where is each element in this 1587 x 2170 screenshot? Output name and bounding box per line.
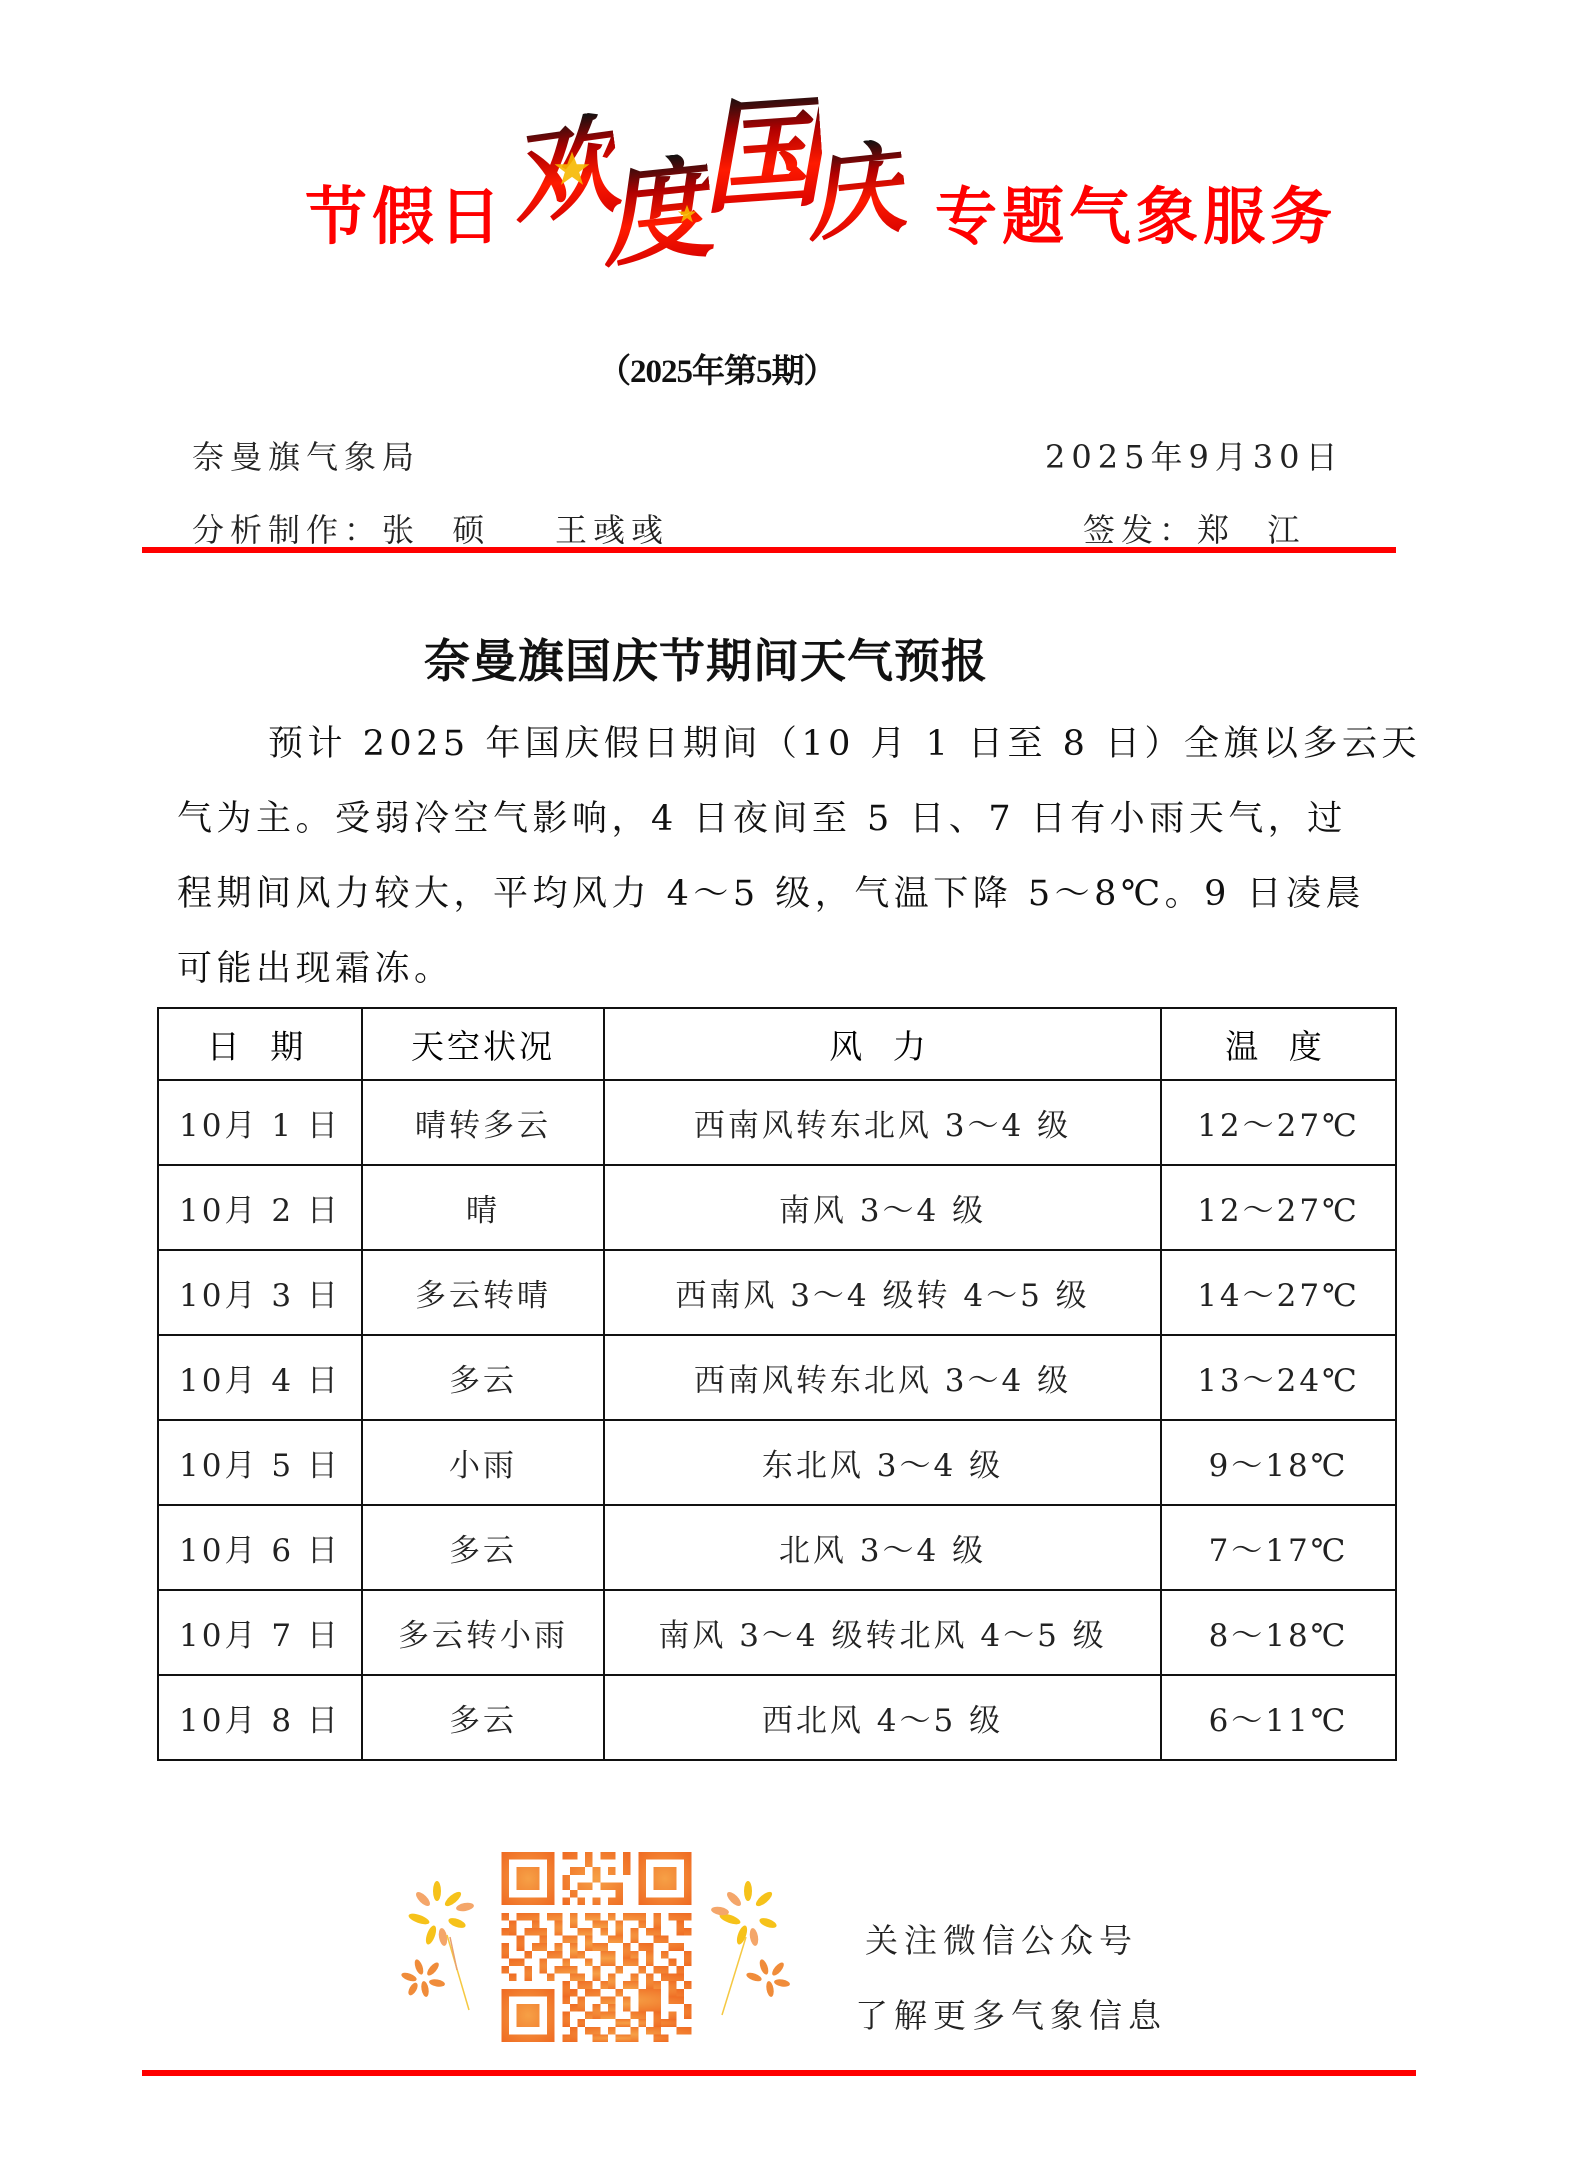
cell-date: 10月 1 日: [158, 1080, 362, 1165]
summary-line-2: 气为主。受弱冷空气影响，4 日夜间至 5 日、7 日有小雨天气，过: [177, 791, 1347, 841]
fireworks-right-icon: [700, 1875, 800, 2025]
cell-temp: 9～18℃: [1161, 1420, 1396, 1505]
cell-sky: 多云转小雨: [362, 1590, 604, 1675]
cell-wind: 西南风转东北风 3～4 级: [604, 1080, 1161, 1165]
cell-date: 10月 7 日: [158, 1590, 362, 1675]
forecast-table: 日 期 天空状况 风 力 温 度 10月 1 日 晴转多云 西南风转东北风 3～…: [157, 1007, 1397, 1761]
authors-label: 分析制作：: [192, 511, 382, 549]
header-sky: 天空状况: [362, 1008, 604, 1080]
bureau-name: 奈曼旗气象局: [192, 432, 420, 478]
table-row: 10月 4 日 多云 西南风转东北风 3～4 级 13～24℃: [158, 1335, 1396, 1420]
cell-date: 10月 3 日: [158, 1250, 362, 1335]
cell-wind: 北风 3～4 级: [604, 1505, 1161, 1590]
wechat-qr-code-icon[interactable]: [500, 1852, 693, 2042]
cell-temp: 12～27℃: [1161, 1165, 1396, 1250]
cell-wind: 西南风 3～4 级转 4～5 级: [604, 1250, 1161, 1335]
header-wind: 风 力: [604, 1008, 1161, 1080]
star-icon: [553, 150, 591, 188]
summary-line-1: 预计 2025 年国庆假日期间（10 月 1 日至 8 日）全旗以多云天: [268, 716, 1421, 766]
cell-date: 10月 6 日: [158, 1505, 362, 1590]
fireworks-left-icon: [395, 1875, 495, 2025]
issuer-name: 郑 江: [1197, 511, 1305, 549]
cell-sky: 多云转晴: [362, 1250, 604, 1335]
issue-number: （2025年第5期）: [598, 345, 836, 392]
cell-sky: 晴转多云: [362, 1080, 604, 1165]
header-date: 日 期: [158, 1008, 362, 1080]
calligraphy-char-4: 庆: [800, 137, 910, 247]
cell-temp: 6～11℃: [1161, 1675, 1396, 1760]
cell-wind: 西南风转东北风 3～4 级: [604, 1335, 1161, 1420]
cell-sky: 晴: [362, 1165, 604, 1250]
cell-wind: 南风 3～4 级: [604, 1165, 1161, 1250]
authors-names: 张 硕 王彧彧: [382, 511, 669, 549]
masthead-left-text: 节假日: [305, 186, 506, 248]
authors: 分析制作：张 硕 王彧彧: [192, 505, 669, 551]
cell-temp: 8～18℃: [1161, 1590, 1396, 1675]
table-row: 10月 1 日 晴转多云 西南风转东北风 3～4 级 12～27℃: [158, 1080, 1396, 1165]
cell-temp: 14～27℃: [1161, 1250, 1396, 1335]
more-info-text: 了解更多气象信息: [855, 1990, 1167, 2037]
cell-date: 10月 8 日: [158, 1675, 362, 1760]
table-row: 10月 8 日 多云 西北风 4～5 级 6～11℃: [158, 1675, 1396, 1760]
cell-wind: 南风 3～4 级转北风 4～5 级: [604, 1590, 1161, 1675]
calligraphy-title: 欢 度 国 庆: [505, 92, 905, 292]
cell-temp: 13～24℃: [1161, 1335, 1396, 1420]
cell-sky: 多云: [362, 1675, 604, 1760]
issuer-label: 签发：: [1083, 511, 1197, 549]
table-row: 10月 5 日 小雨 东北风 3～4 级 9～18℃: [158, 1420, 1396, 1505]
cell-sky: 多云: [362, 1335, 604, 1420]
issue-date: 2025年9月30日: [1045, 432, 1344, 478]
cell-temp: 12～27℃: [1161, 1080, 1396, 1165]
cell-date: 10月 4 日: [158, 1335, 362, 1420]
document-title: 奈曼旗国庆节期间天气预报: [424, 625, 988, 691]
table-row: 10月 6 日 多云 北风 3～4 级 7～17℃: [158, 1505, 1396, 1590]
cell-wind: 东北风 3～4 级: [604, 1420, 1161, 1505]
star-icon: [677, 204, 697, 224]
header-temp: 温 度: [1161, 1008, 1396, 1080]
calligraphy-char-2: 度: [594, 151, 717, 274]
follow-wechat-text: 关注微信公众号: [865, 1915, 1138, 1962]
table-header-row: 日 期 天空状况 风 力 温 度: [158, 1008, 1396, 1080]
footer-divider: [142, 2070, 1416, 2076]
cell-temp: 7～17℃: [1161, 1505, 1396, 1590]
header-divider: [142, 547, 1396, 553]
cell-sky: 多云: [362, 1505, 604, 1590]
summary-line-4: 可能出现霜冻。: [177, 941, 454, 991]
table-row: 10月 3 日 多云转晴 西南风 3～4 级转 4～5 级 14～27℃: [158, 1250, 1396, 1335]
table-row: 10月 2 日 晴 南风 3～4 级 12～27℃: [158, 1165, 1396, 1250]
issuer: 签发：郑 江: [1083, 505, 1305, 551]
cell-date: 10月 5 日: [158, 1420, 362, 1505]
cell-sky: 小雨: [362, 1420, 604, 1505]
cell-wind: 西北风 4～5 级: [604, 1675, 1161, 1760]
cell-date: 10月 2 日: [158, 1165, 362, 1250]
summary-line-3: 程期间风力较大，平均风力 4～5 级，气温下降 5～8℃。9 日凌晨: [177, 866, 1365, 916]
masthead-right-text: 专题气象服务: [935, 186, 1337, 248]
table-row: 10月 7 日 多云转小雨 南风 3～4 级转北风 4～5 级 8～18℃: [158, 1590, 1396, 1675]
